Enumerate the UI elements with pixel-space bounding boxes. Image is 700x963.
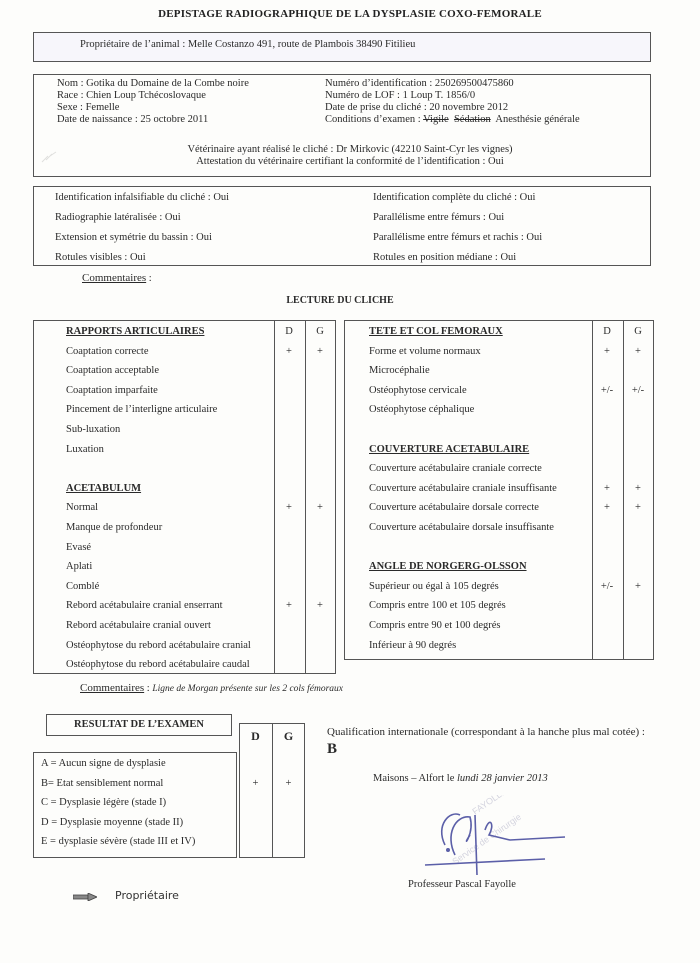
date: lundi 28 janvier 2013	[457, 773, 548, 784]
check-item: Identification complète du cliché : Oui	[373, 192, 542, 212]
veterinarian-line: Vétérinaire ayant réalisé le cliché : Dr…	[0, 144, 700, 156]
table-row-label: Couverture acétabulaire dorsale insuffis…	[369, 522, 554, 534]
table-row-label: Supérieur ou égal à 105 degrés	[369, 581, 499, 593]
result-grade-row: D = Dysplasie moyenne (stade II)	[41, 817, 183, 829]
column-header-g: G	[623, 326, 653, 337]
column-header-d: D	[592, 326, 622, 337]
exam-conditions: Conditions d’examen : Vigile Sédation An…	[325, 114, 580, 126]
lof-number: Numéro de LOF : 1 Loup T. 1856/0	[325, 90, 580, 102]
column-header-d: D	[274, 326, 304, 337]
mark-right-hip: +	[592, 483, 622, 494]
mark-left-hip: +/-	[623, 385, 653, 396]
mark-right-hip: +	[274, 502, 304, 513]
table-row-label: Pincement de l’interligne articulaire	[66, 404, 217, 416]
condition-selected: Anesthésie générale	[495, 114, 579, 125]
document-title: DEPISTAGE RADIOGRAPHIQUE DE LA DYSPLASIE…	[0, 8, 700, 20]
animal-details-left: Nom : Gotika du Domaine de la Combe noir…	[57, 78, 249, 126]
comments-label: Commentaires	[80, 682, 144, 694]
mark-right-hip: +/-	[592, 581, 622, 592]
table-row-label: Rebord acétabulaire cranial ouvert	[66, 620, 211, 632]
mark-right-hip: +	[274, 346, 304, 357]
signatory-name: Professeur Pascal Fayolle	[408, 879, 516, 890]
result-title: RESULTAT DE L’EXAMEN	[46, 719, 232, 730]
table-section-header: RAPPORTS ARTICULAIRES	[66, 326, 204, 338]
recipient-label: Propriétaire	[115, 889, 179, 902]
comments-text: Ligne de Morgan présente sur les 2 cols …	[152, 684, 343, 694]
mark-left-hip: +	[623, 346, 653, 357]
table-row-label: Inférieur à 90 degrés	[369, 640, 456, 652]
table-row-label: Ostéophytose du rebord acétabulaire cran…	[66, 640, 251, 652]
table-row-label: Compris entre 90 et 100 degrés	[369, 620, 501, 632]
table-section-header: ANGLE DE NORGERG-OLSSON	[369, 561, 527, 573]
table-row-label: Microcéphalie	[369, 365, 430, 377]
mark-right-hip: +	[592, 502, 622, 513]
table-row-label: Aplati	[66, 561, 92, 573]
result-mark-right-hip: +	[239, 778, 272, 790]
mark-left-hip: +	[623, 502, 653, 513]
reading-table-left: RAPPORTS ARTICULAIRESDGCoaptation correc…	[33, 320, 336, 674]
mark-left-hip: +	[623, 581, 653, 592]
table-row-label: Couverture acétabulaire dorsale correcte	[369, 502, 539, 514]
exam-conditions-label: Conditions d’examen :	[325, 114, 421, 125]
place: Maisons – Alfort le	[373, 773, 457, 784]
result-col-g: G	[272, 729, 305, 744]
check-item: Rotules visibles : Oui	[55, 252, 229, 272]
mark-right-hip: +	[592, 346, 622, 357]
mark-left-hip: +	[305, 502, 335, 513]
animal-breed: Race : Chien Loup Tchécoslovaque	[57, 90, 249, 102]
table-section-header: TETE ET COL FEMORAUX	[369, 326, 503, 338]
mark-left-hip: +	[623, 483, 653, 494]
table-row-label: Comblé	[66, 581, 99, 593]
animal-name: Nom : Gotika du Domaine de la Combe noir…	[57, 78, 249, 90]
qualification-grade: B	[327, 741, 337, 757]
mark-right-hip: +	[274, 600, 304, 611]
table-row-label: Manque de profondeur	[66, 522, 162, 534]
result-col-d: D	[239, 729, 272, 744]
table-section-header: ACETABULUM	[66, 483, 141, 495]
table-row-label: Coaptation acceptable	[66, 365, 159, 377]
identification-number: Numéro d’identification : 25026950047586…	[325, 78, 580, 90]
reading-table-right: TETE ET COL FEMORAUXDGForme et volume no…	[344, 320, 654, 660]
table-row-label: Evasé	[66, 542, 91, 554]
table-section-header: COUVERTURE ACETABULAIRE	[369, 444, 529, 456]
comments-section-2: Commentaires : Ligne de Morgan présente …	[80, 682, 343, 694]
check-item: Rotules en position médiane : Oui	[373, 252, 542, 272]
attestation-line: Attestation du vétérinaire certifiant la…	[0, 156, 700, 168]
table-row-label: Ostéophytose du rebord acétabulaire caud…	[66, 659, 250, 671]
checks-left: Identification infalsifiable du cliché :…	[55, 192, 229, 272]
result-grade-row: A = Aucun signe de dysplasie	[41, 758, 166, 770]
mark-left-hip: +	[305, 346, 335, 357]
arrow-right-icon	[73, 893, 97, 901]
comments-section-1: Commentaires :	[82, 272, 152, 284]
result-mark-left-hip: +	[272, 778, 305, 790]
comments-label: Commentaires	[82, 272, 146, 284]
mark-left-hip: +	[305, 600, 335, 611]
condition-struck-vigile: Vigile	[423, 114, 449, 125]
table-row-label: Luxation	[66, 444, 104, 456]
result-grade-row: C = Dysplasie légère (stade I)	[41, 797, 166, 809]
table-row-label: Coaptation imparfaite	[66, 385, 158, 397]
table-row-label: Ostéophytose céphalique	[369, 404, 474, 416]
place-and-date: Maisons – Alfort le lundi 28 janvier 201…	[373, 773, 548, 784]
animal-birthdate: Date de naissance : 25 octobre 2011	[57, 114, 249, 126]
owner-info: Propriétaire de l’animal : Melle Costanz…	[80, 39, 415, 50]
svg-text:FAYOLLE: FAYOLLE	[470, 795, 508, 817]
table-row-label: Compris entre 100 et 105 degrés	[369, 600, 506, 612]
table-row-label: Forme et volume normaux	[369, 346, 481, 358]
animal-details-right: Numéro d’identification : 25026950047586…	[325, 78, 580, 126]
table-row-label: Normal	[66, 502, 98, 514]
check-item: Parallélisme entre fémurs : Oui	[373, 212, 542, 232]
result-grade-row: E = dysplasie sévère (stade III et IV)	[41, 836, 195, 848]
check-item: Radiographie latéralisée : Oui	[55, 212, 229, 232]
table-row-label: Sub-luxation	[66, 424, 120, 436]
table-row-label: Couverture acétabulaire craniale insuffi…	[369, 483, 557, 495]
checks-right: Identification complète du cliché : Oui …	[373, 192, 542, 272]
xray-date: Date de prise du cliché : 20 novembre 20…	[325, 102, 580, 114]
table-row-label: Couverture acétabulaire craniale correct…	[369, 463, 542, 475]
comments-separator: :	[146, 273, 152, 284]
check-item: Identification infalsifiable du cliché :…	[55, 192, 229, 212]
table-row-label: Coaptation correcte	[66, 346, 149, 358]
animal-sex: Sexe : Femelle	[57, 102, 249, 114]
qualification-text: Qualification internationale (correspond…	[327, 726, 645, 738]
table-row-label: Ostéophytose cervicale	[369, 385, 467, 397]
reading-section-title: LECTURE DU CLICHE	[0, 295, 680, 306]
result-grade-row: B= Etat sensiblement normal	[41, 778, 163, 790]
table-row-label: Rebord acétabulaire cranial enserrant	[66, 600, 223, 612]
check-item: Extension et symétrie du bassin : Oui	[55, 232, 229, 252]
international-qualification: Qualification internationale (correspond…	[327, 724, 647, 759]
signature-stamp-icon: FAYOLLE Service de Chirurgie	[415, 795, 595, 885]
mark-right-hip: +/-	[592, 385, 622, 396]
condition-struck-sedation: Sédation	[454, 114, 491, 125]
scan-smudge-icon	[40, 150, 60, 164]
check-item: Parallélisme entre fémurs et rachis : Ou…	[373, 232, 542, 252]
column-header-g: G	[305, 326, 335, 337]
